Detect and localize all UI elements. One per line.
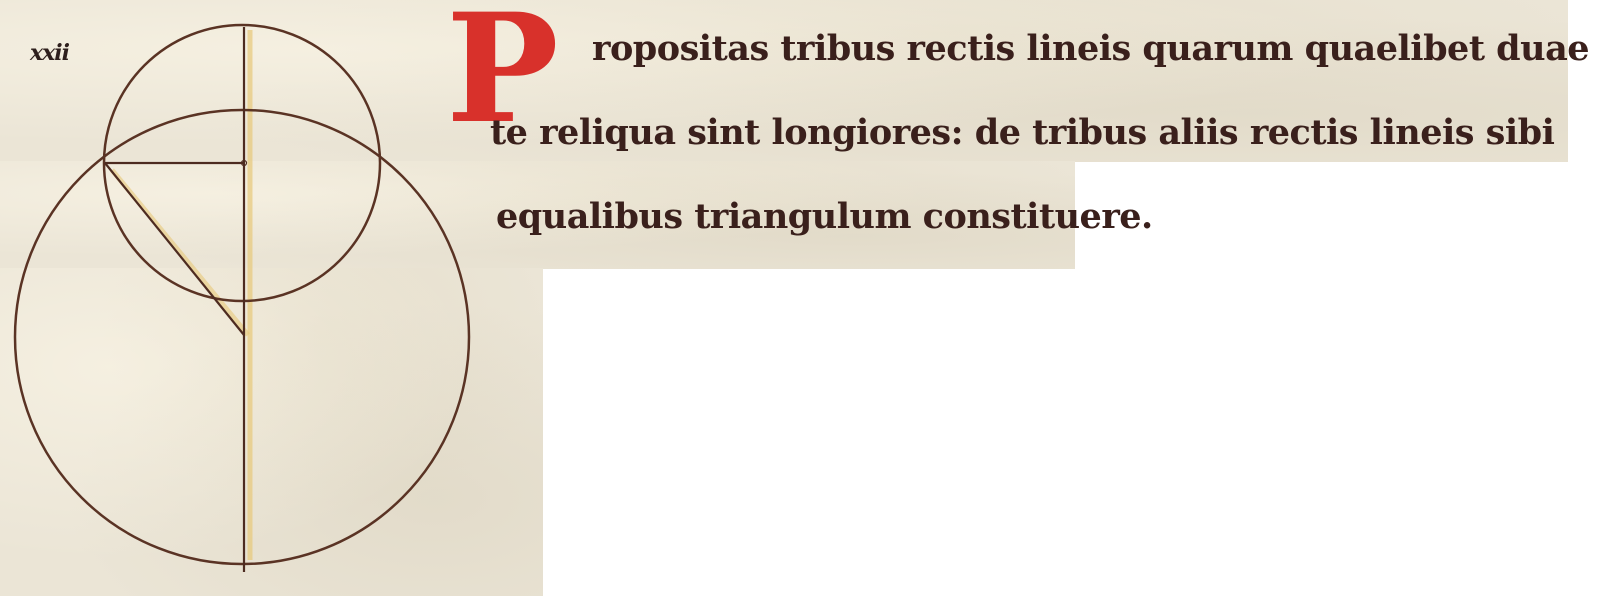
text-line-1: ropositas tribus rectis lineis quarum qu… [592, 28, 1600, 69]
large-circle [15, 110, 469, 564]
text-line-2: te reliqua sint longiores: de tribus ali… [490, 112, 1554, 153]
diagonal-line [105, 163, 244, 335]
proposition-number: xxii [30, 40, 69, 66]
yellow-wash-diagonal [112, 170, 248, 335]
text-line-3: equalibus triangulum constituere. [496, 196, 1153, 237]
